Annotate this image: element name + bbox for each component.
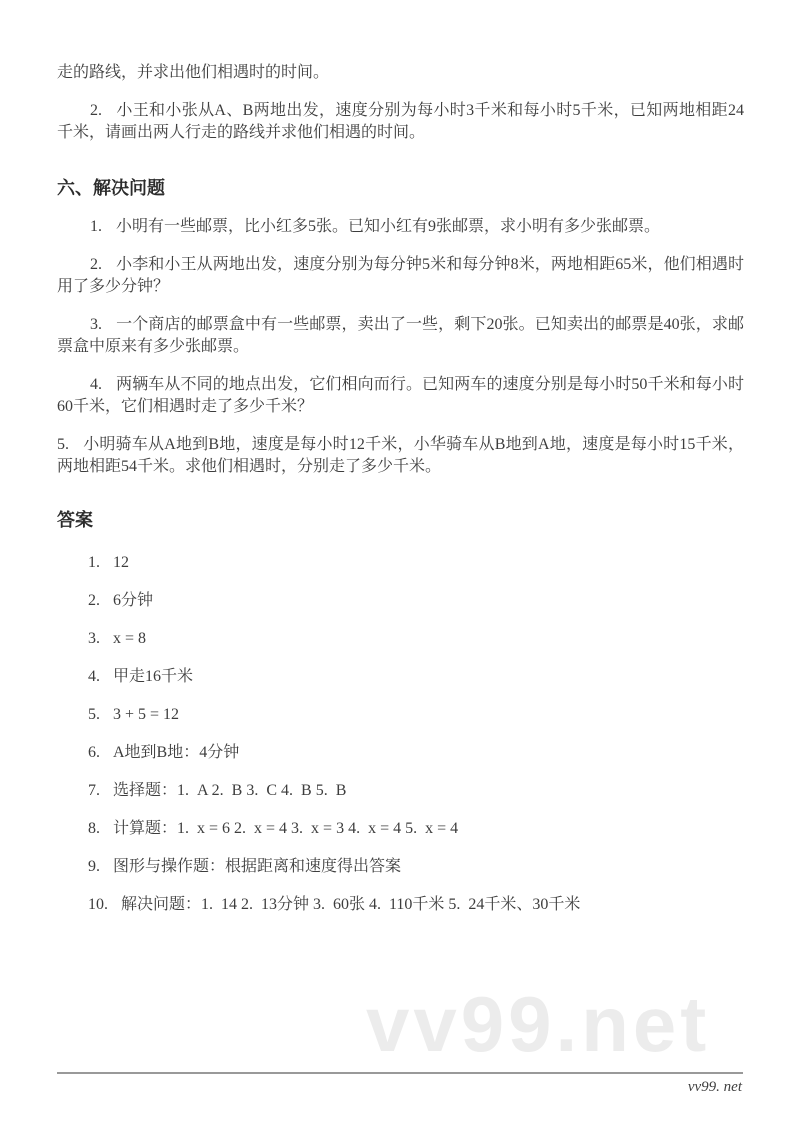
section-six-heading: 六、解决问题 bbox=[57, 174, 744, 202]
answer-text: 甲走16千米 bbox=[113, 668, 193, 685]
problem-text: 小王和小张从A、B两地出发，速度分别为每小时3千米和每小时5千米，已知两地相距2… bbox=[57, 102, 744, 141]
problem-number: 5. bbox=[57, 436, 69, 453]
problem-item-1: 1.小明有一些邮票，比小红多5张。已知小红有9张邮票，求小明有多少张邮票。 bbox=[57, 216, 744, 238]
answer-text: 3 + 5 = 12 bbox=[113, 706, 179, 723]
intro-continuation-paragraph: 走的路线，并求出他们相遇时的时间。 bbox=[57, 62, 744, 84]
answer-item-5: 5.3 + 5 = 12 bbox=[57, 704, 744, 726]
answer-text: 计算题：1. x = 6 2. x = 4 3. x = 3 4. x = 4 … bbox=[113, 820, 458, 837]
answer-item-9: 9.图形与操作题：根据距离和速度得出答案 bbox=[57, 856, 744, 878]
answer-item-4: 4.甲走16千米 bbox=[57, 666, 744, 688]
footer-site-label: vv99. net bbox=[688, 1077, 742, 1097]
answer-text: 解决问题：1. 14 2. 13分钟 3. 60张 4. 110千米 5. 24… bbox=[121, 896, 580, 913]
answer-text: x = 8 bbox=[113, 630, 146, 647]
problem-number: 1. bbox=[90, 218, 102, 235]
answer-text: 图形与操作题：根据距离和速度得出答案 bbox=[113, 858, 401, 875]
answer-number: 5. bbox=[88, 706, 100, 723]
answer-number: 3. bbox=[88, 630, 100, 647]
answer-number: 2. bbox=[88, 592, 100, 609]
problem-item-5: 5.小明骑车从A地到B地，速度是每小时12千米，小华骑车从B地到A地，速度是每小… bbox=[57, 434, 744, 478]
answer-number: 9. bbox=[88, 858, 100, 875]
problem-text: 小明有一些邮票，比小红多5张。已知小红有9张邮票，求小明有多少张邮票。 bbox=[116, 218, 660, 235]
answer-item-6: 6.A地到B地：4分钟 bbox=[57, 742, 744, 764]
watermark: vv99.net bbox=[366, 985, 710, 1063]
problem-text: 两辆车从不同的地点出发，它们相向而行。已知两车的速度分别是每小时50千米和每小时… bbox=[57, 376, 744, 415]
problem-number: 3. bbox=[90, 316, 102, 333]
problem-item-3: 3.一个商店的邮票盒中有一些邮票，卖出了一些，剩下20张。已知卖出的邮票是40张… bbox=[57, 314, 744, 358]
answer-item-7: 7.选择题：1. A 2. B 3. C 4. B 5. B bbox=[57, 780, 744, 802]
answer-number: 7. bbox=[88, 782, 100, 799]
answer-number: 4. bbox=[88, 668, 100, 685]
answers-heading: 答案 bbox=[57, 506, 744, 534]
problem-text: 小明骑车从A地到B地，速度是每小时12千米，小华骑车从B地到A地，速度是每小时1… bbox=[57, 436, 744, 475]
answer-item-3: 3.x = 8 bbox=[57, 628, 744, 650]
answer-number: 8. bbox=[88, 820, 100, 837]
answer-number: 10. bbox=[88, 896, 108, 913]
answer-item-2: 2.6分钟 bbox=[57, 590, 744, 612]
footer-divider bbox=[57, 1072, 743, 1074]
answer-text: A地到B地：4分钟 bbox=[113, 744, 239, 761]
answer-number: 1. bbox=[88, 554, 100, 571]
document-page: 走的路线，并求出他们相遇时的时间。 2.小王和小张从A、B两地出发，速度分别为每… bbox=[0, 0, 800, 1130]
problem-text: 一个商店的邮票盒中有一些邮票，卖出了一些，剩下20张。已知卖出的邮票是40张，求… bbox=[57, 316, 744, 355]
answer-item-10: 10.解决问题：1. 14 2. 13分钟 3. 60张 4. 110千米 5.… bbox=[57, 894, 744, 916]
answer-text: 选择题：1. A 2. B 3. C 4. B 5. B bbox=[113, 782, 346, 799]
problem-item-2: 2.小李和小王从两地出发，速度分别为每分钟5米和每分钟8米，两地相距65米，他们… bbox=[57, 254, 744, 298]
problem-item-4: 4.两辆车从不同的地点出发，它们相向而行。已知两车的速度分别是每小时50千米和每… bbox=[57, 374, 744, 418]
answer-number: 6. bbox=[88, 744, 100, 761]
problem-number: 2. bbox=[90, 102, 102, 119]
problem-text: 小李和小王从两地出发，速度分别为每分钟5米和每分钟8米，两地相距65米，他们相遇… bbox=[57, 256, 744, 295]
answer-item-8: 8.计算题：1. x = 6 2. x = 4 3. x = 3 4. x = … bbox=[57, 818, 744, 840]
intro-problem-2: 2.小王和小张从A、B两地出发，速度分别为每小时3千米和每小时5千米，已知两地相… bbox=[57, 100, 744, 144]
problem-number: 4. bbox=[90, 376, 102, 393]
answer-text: 6分钟 bbox=[113, 592, 153, 609]
answer-text: 12 bbox=[113, 554, 129, 571]
problem-number: 2. bbox=[90, 256, 102, 273]
answer-item-1: 1.12 bbox=[57, 552, 744, 574]
